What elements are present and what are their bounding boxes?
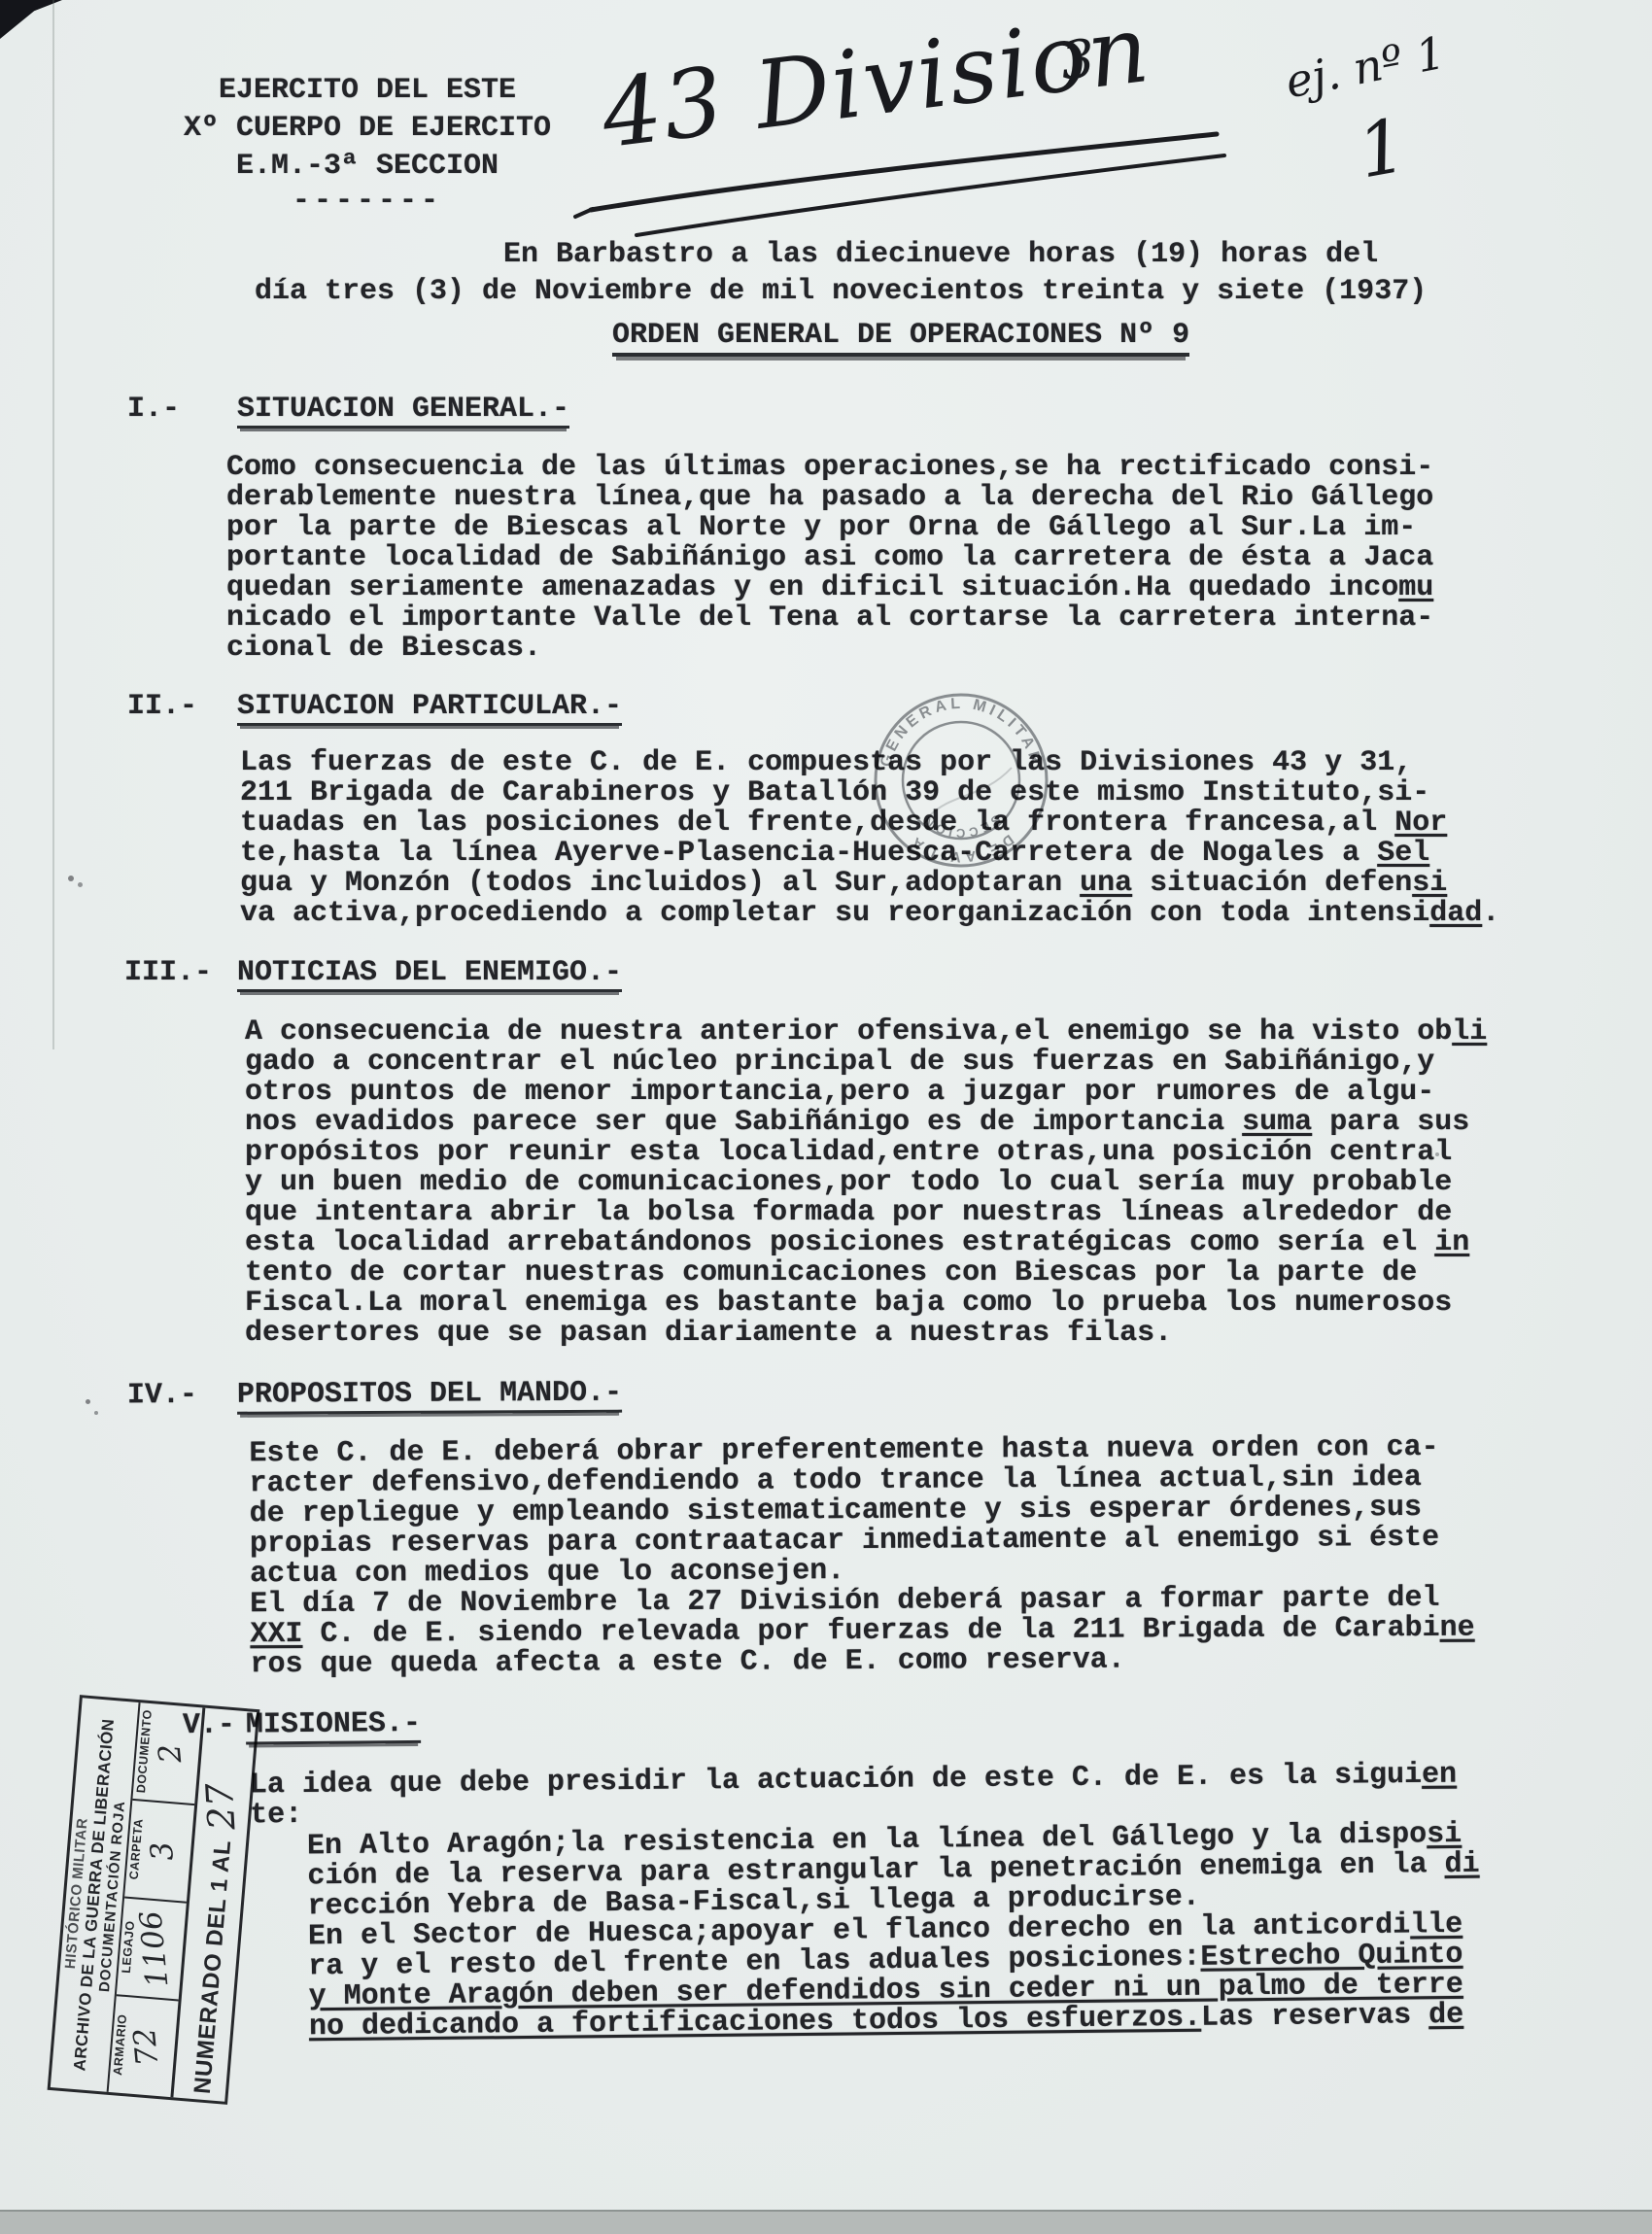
archive-stamp-field-armario: ARMARIO 72 — [109, 1996, 179, 2097]
scan-bottom-edge — [0, 2210, 1652, 2234]
handwritten-documento-value: 2 — [149, 1703, 192, 1803]
section-numeral: IV.- — [127, 1381, 237, 1416]
round-stamp-ring-top-text: GENERAL MILITAR — [878, 696, 1045, 769]
letterhead-line: EJERCITO DEL ESTE — [163, 76, 571, 106]
section-title: SITUACION GENERAL.- — [237, 395, 569, 429]
letterhead-line: E.M.-3ª SECCION — [163, 152, 571, 182]
archive-stamp-field-carpeta: CARPETA 3 — [124, 1801, 194, 1904]
ink-speck — [78, 882, 83, 887]
handwritten-numerado-value: 27 — [198, 1782, 244, 1832]
section-1-paragraph: Como consecuencia de las últimas operaci… — [226, 453, 1433, 664]
letterhead-divider: ------- — [163, 187, 571, 217]
handwritten-carpeta-value: 3 — [141, 1802, 185, 1901]
document-title: ORDEN GENERAL DE OPERACIONES Nº 9 — [612, 321, 1189, 357]
dateline-line2: día tres (3) de Noviembre de mil novecie… — [255, 277, 1427, 307]
scanned-document-page: EJERCITO DEL ESTE Xº CUERPO DE EJERCITO … — [0, 0, 1652, 2234]
ink-speck — [68, 876, 74, 881]
letterhead-line: Xº CUERPO DE EJERCITO — [163, 114, 571, 144]
section-title: NOTICIAS DEL ENEMIGO.- — [237, 958, 622, 992]
handwritten-copy-number: 1 — [1352, 101, 1413, 194]
section-heading-3: III.- NOTICIAS DEL ENEMIGO.- — [124, 958, 622, 992]
section-4-paragraph: Este C. de E. deberá obrar preferentemen… — [249, 1433, 1475, 1681]
section-heading-4: IV.- PROPOSITOS DEL MANDO.- — [127, 1379, 622, 1416]
section-numeral: II.- — [127, 692, 237, 726]
section-numeral: III.- — [124, 958, 237, 992]
svg-text:SECCION: SECCION — [918, 812, 1004, 842]
section-heading-2: II.- SITUACION PARTICULAR.- — [127, 692, 622, 726]
round-archive-stamp: GENERAL MILITAR DE AVILA SECCION — [851, 670, 1071, 890]
dateline-line1: En Barbastro a las diecinueve horas (19)… — [503, 240, 1378, 270]
section-heading-1: I.- SITUACION GENERAL.- — [127, 395, 569, 429]
section-title: MISIONES.- — [246, 1709, 421, 1745]
section-title: PROPOSITOS DEL MANDO.- — [237, 1379, 622, 1415]
archive-stamp-box: HISTÓRICO MILITAR ARCHIVO DE LA GUERRA D… — [48, 1695, 260, 2105]
handwritten-flourish-strokes — [544, 19, 1244, 253]
section-numeral: I.- — [127, 395, 237, 429]
handwritten-legajo-value: 1106 — [132, 1900, 176, 1999]
archive-stamp-field-documento: DOCUMENTO 2 — [132, 1702, 202, 1805]
svg-text:GENERAL MILITAR: GENERAL MILITAR — [878, 696, 1045, 769]
ink-speck — [94, 1411, 98, 1415]
section-5-subparagraph: En Alto Aragón;la resistencia en la líne… — [307, 1820, 1481, 2044]
section-title: SITUACION PARTICULAR.- — [237, 692, 622, 726]
round-stamp-inner-text: SECCION — [918, 812, 1004, 842]
handwritten-armario-value: 72 — [124, 1997, 168, 2096]
handwritten-copy-note: ej. nº 1 — [1281, 26, 1449, 109]
letterhead: EJERCITO DEL ESTE Xº CUERPO DE EJERCITO … — [163, 76, 571, 217]
archive-stamp-field-legajo: LEGAJO 1106 — [117, 1899, 187, 2002]
section-3-paragraph: A consecuencia de nuestra anterior ofens… — [245, 1017, 1487, 1349]
scan-left-crease — [52, 0, 54, 1049]
ink-speck — [86, 1399, 90, 1404]
